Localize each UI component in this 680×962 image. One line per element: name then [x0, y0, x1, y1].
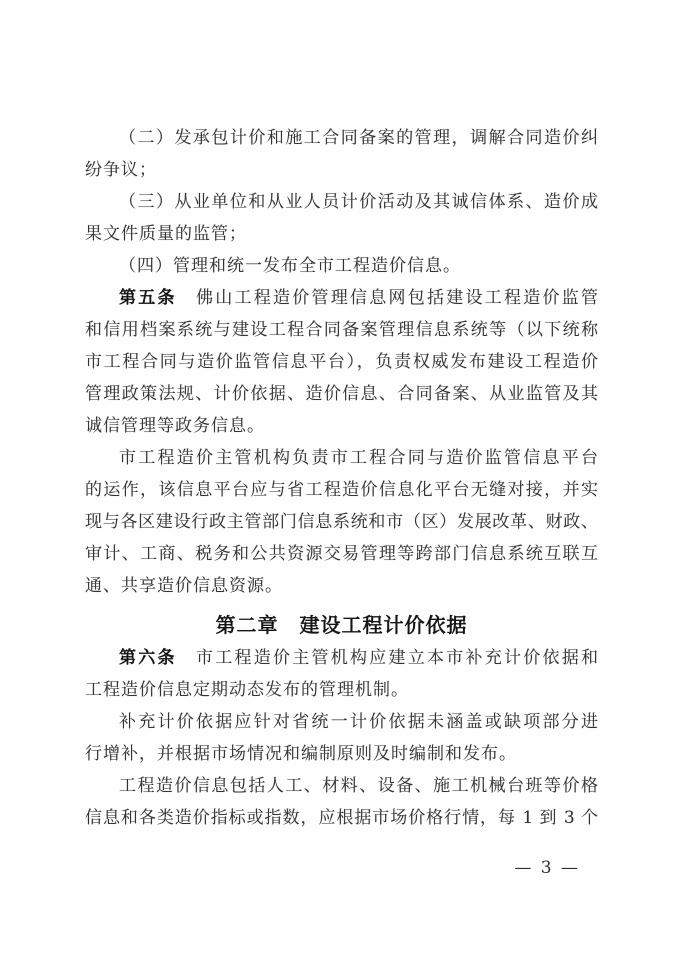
text-line: 第六条 市工程造价主管机构应建立本市补充计价依据和 — [85, 642, 598, 674]
text-line: 市工程造价主管机构负责市工程合同与造价监管信息平台 — [85, 442, 598, 474]
text-line: 现与各区建设行政主管部门信息系统和市（区）发展改革、财政、 — [85, 506, 598, 538]
text-line: （二）发承包计价和施工合同备案的管理，调解合同造价纠 — [85, 122, 598, 154]
text-line: 信息和各类造价指标或指数，应根据市场价格行情，每 1 到 3 个 — [85, 802, 598, 834]
text-line: 行增补，并根据市场情况和编制原则及时编制和发布。 — [85, 738, 598, 770]
text-line: 第五条 佛山工程造价管理信息网包括建设工程造价监管 — [85, 282, 598, 314]
text-line: 补充计价依据应针对省统一计价依据未涵盖或缺项部分进 — [85, 706, 598, 738]
text-line: 果文件质量的监管； — [85, 218, 598, 250]
text-line: 和信用档案系统与建设工程合同备案管理信息系统等（以下统称 — [85, 314, 598, 346]
text-line: （四）管理和统一发布全市工程造价信息。 — [85, 250, 598, 282]
text-line: 纷争议； — [85, 154, 598, 186]
text-line: （三）从业单位和从业人员计价活动及其诚信体系、造价成 — [85, 186, 598, 218]
text-line: 工程造价信息定期动态发布的管理机制。 — [85, 674, 598, 706]
text-run: 佛山工程造价管理信息网包括建设工程造价监管 — [177, 288, 598, 308]
text-line: 诚信管理等政务信息。 — [85, 410, 598, 442]
document-page: （二）发承包计价和施工合同备案的管理，调解合同造价纠 纷争议； （三）从业单位和… — [0, 0, 680, 962]
article-number-label: 第五条 — [119, 288, 177, 308]
text-line: 工程造价信息包括人工、材料、设备、施工机械台班等价格 — [85, 770, 598, 802]
text-run: 市工程造价主管机构应建立本市补充计价依据和 — [177, 648, 598, 668]
text-line: 市工程合同与造价监管信息平台），负责权威发布建设工程造价 — [85, 346, 598, 378]
text-line: 的运作，该信息平台应与省工程造价信息化平台无缝对接，并实 — [85, 474, 598, 506]
text-line: 通、共享造价信息资源。 — [85, 570, 598, 602]
document-text: （二）发承包计价和施工合同备案的管理，调解合同造价纠 纷争议； （三）从业单位和… — [85, 122, 598, 834]
article-number-label: 第六条 — [119, 648, 177, 668]
chapter-heading: 第二章 建设工程计价依据 — [85, 608, 598, 642]
text-line: 审计、工商、税务和公共资源交易管理等跨部门信息系统互联互 — [85, 538, 598, 570]
page-number: — 3 — — [514, 858, 580, 878]
text-line: 管理政策法规、计价依据、造价信息、合同备案、从业监管及其 — [85, 378, 598, 410]
